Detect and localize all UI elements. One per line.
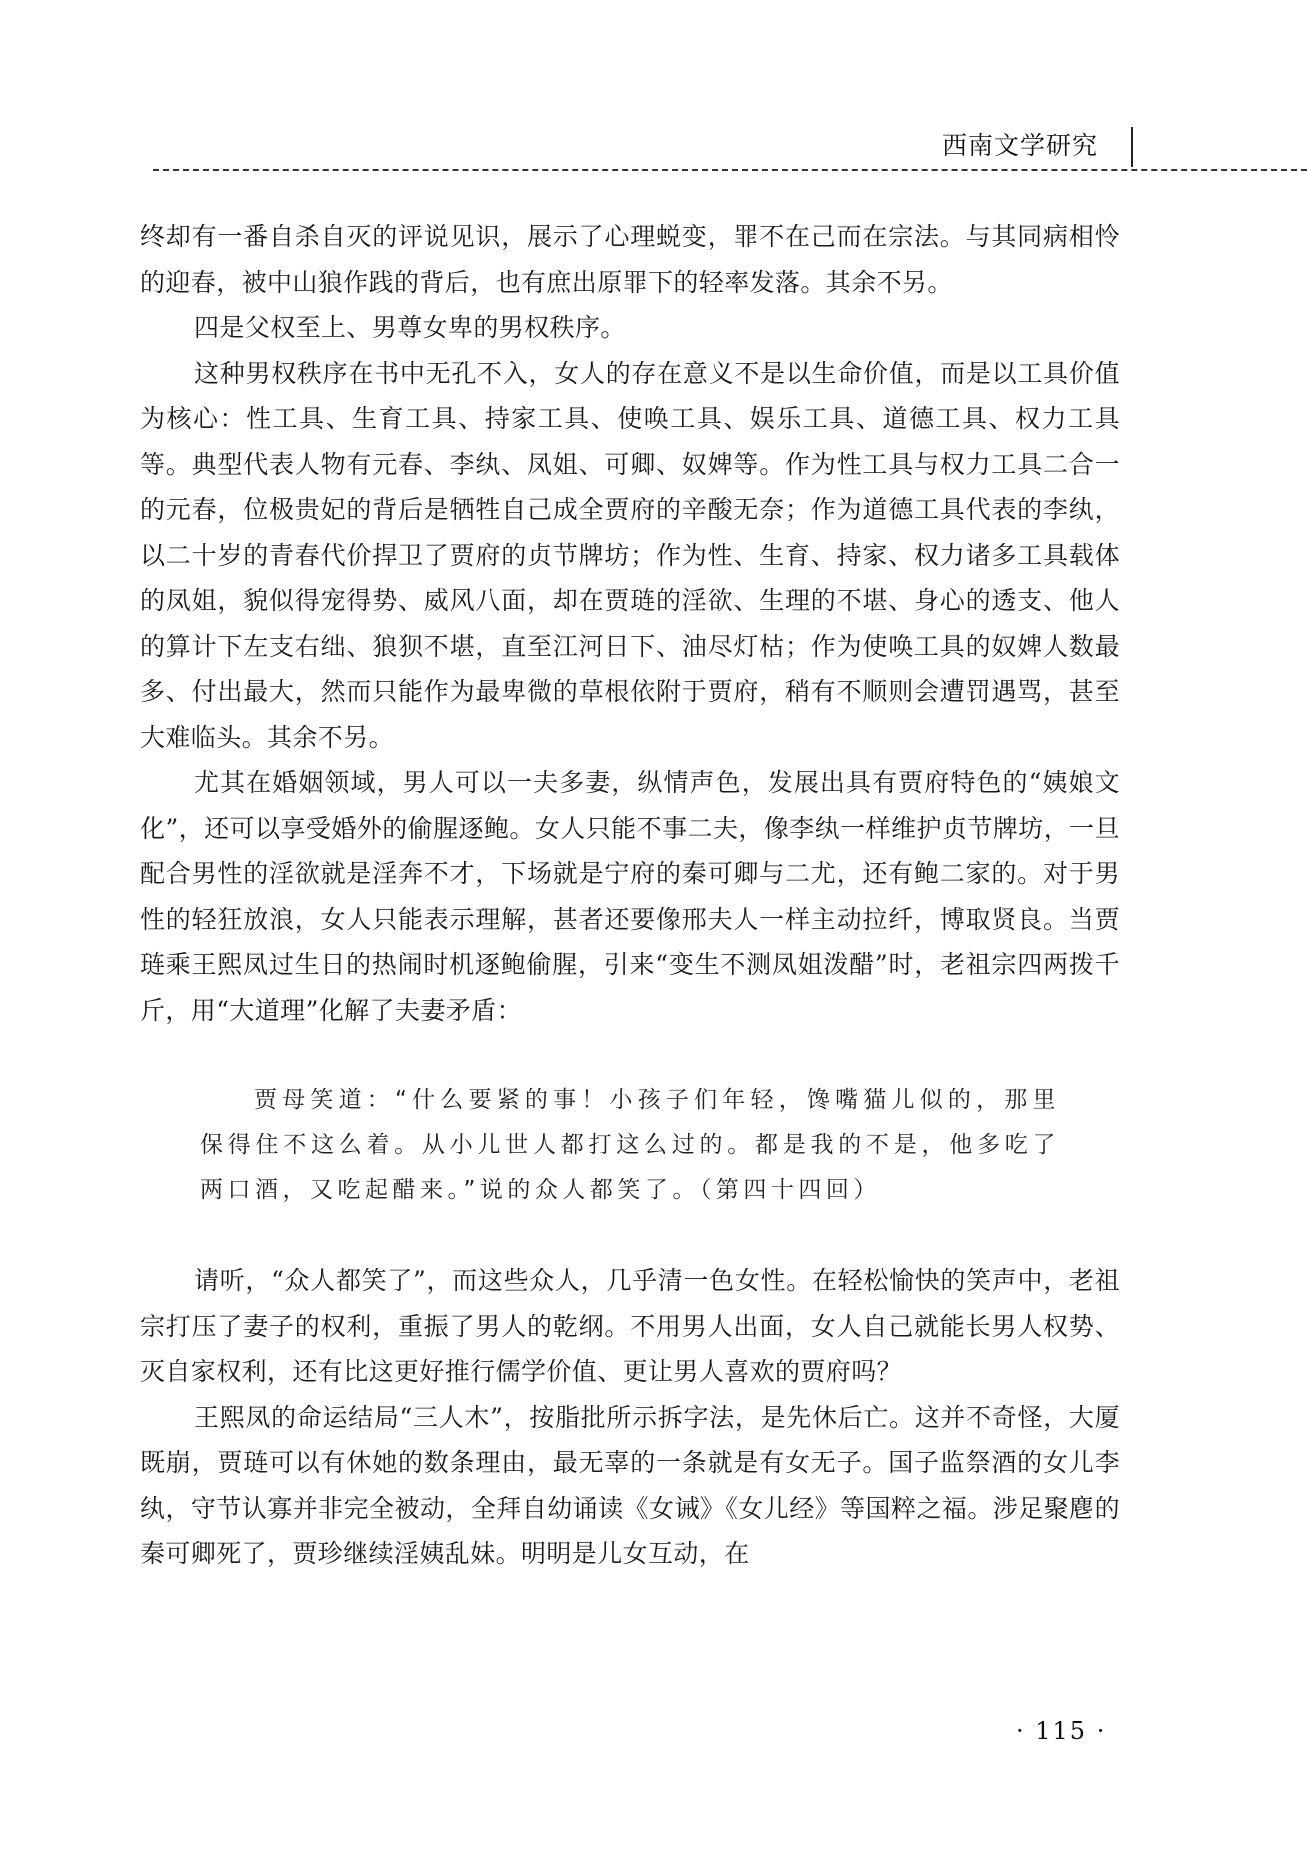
paragraph: 尤其在婚姻领域，男人可以一夫多妻，纵情声色，发展出具有贾府特色的“姨娘文化”，还… — [140, 760, 1120, 1033]
quotation-text: 贾母笑道：“什么要紧的事！小孩子们年轻，馋嘴猫儿似的，那里保得住不这么着。从小儿… — [200, 1078, 1060, 1213]
paragraph-continued: 终却有一番自杀自灭的评说见识，展示了心理蜕变，罪不在己而在宗法。与其同病相怜的迎… — [140, 214, 1120, 305]
article-body: 终却有一番自杀自灭的评说见识，展示了心理蜕变，罪不在己而在宗法。与其同病相怜的迎… — [140, 214, 1120, 1577]
header-dashed-divider — [153, 169, 1307, 171]
running-header-journal-title: 西南文学研究 — [942, 131, 1098, 161]
paragraph-section-heading: 四是父权至上、男尊女卑的男权秩序。 — [140, 305, 1120, 351]
paragraph: 请听，“众人都笑了”，而这些众人，几乎清一色女性。在轻松愉快的笑声中，老祖宗打压… — [140, 1258, 1120, 1395]
paragraph: 这种男权秩序在书中无孔不入，女人的存在意义不是以生命价值，而是以工具价值为核心：… — [140, 351, 1120, 761]
page-number: · 115 · — [1016, 1716, 1106, 1746]
block-quotation: 贾母笑道：“什么要紧的事！小孩子们年轻，馋嘴猫儿似的，那里保得住不这么着。从小儿… — [200, 1078, 1060, 1213]
paragraph: 王熙凤的命运结局“三人木”，按脂批所示拆字法，是先休后亡。这并不奇怪，大厦既崩，… — [140, 1395, 1120, 1577]
header-vertical-rule — [1131, 127, 1133, 167]
